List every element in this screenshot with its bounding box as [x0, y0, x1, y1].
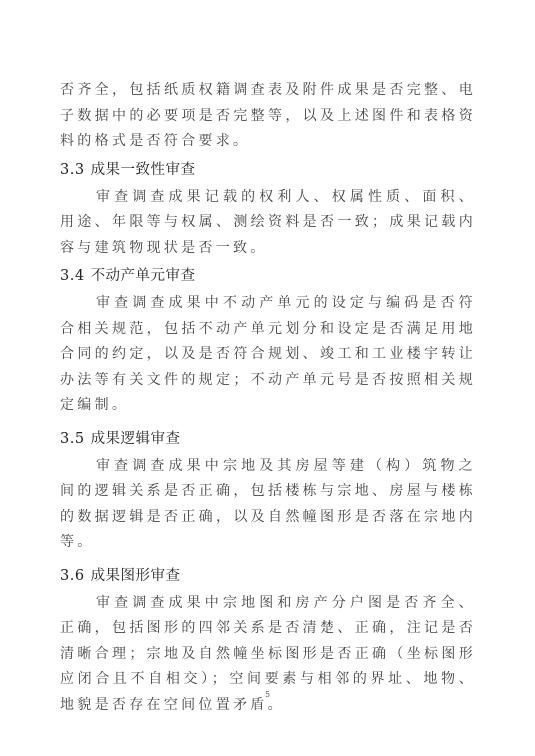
intro-paragraph: 否齐全，包括纸质权籍调查表及附件成果是否完整、电子数据中的必要项是否完整等，以及…: [60, 78, 476, 155]
document-page: 否齐全，包括纸质权籍调查表及附件成果是否完整、电子数据中的必要项是否完整等，以及…: [0, 0, 535, 756]
section-body-3-5: 审查调查成果中宗地及其房屋等建（构）筑物之间的逻辑关系是否正确，包括楼栋与宗地、…: [60, 454, 476, 556]
section-title: 不动产单元审查: [91, 268, 196, 284]
section-title: 成果一致性审查: [91, 162, 196, 178]
section-title: 成果图形审查: [91, 568, 181, 584]
section-heading-3-3: 3.3成果一致性审查: [60, 158, 476, 183]
page-content: 否齐全，包括纸质权籍调查表及附件成果是否完整、电子数据中的必要项是否完整等，以及…: [60, 78, 476, 718]
section-body-3-4: 审查调查成果中不动产单元的设定与编码是否符合相关规范，包括不动产单元划分和设定是…: [60, 291, 476, 419]
section-number: 3.3: [60, 162, 85, 178]
section-title: 成果逻辑审查: [91, 431, 181, 447]
page-number: 5: [0, 690, 535, 699]
section-body-3-3: 审查调查成果记载的权利人、权属性质、面积、用途、年限等与权属、测绘资料是否一致；…: [60, 185, 476, 262]
section-number: 3.4: [60, 268, 85, 284]
section-number: 3.5: [60, 431, 85, 447]
section-heading-3-4: 3.4不动产单元审查: [60, 264, 476, 289]
section-heading-3-5: 3.5成果逻辑审查: [60, 427, 476, 452]
section-heading-3-6: 3.6成果图形审查: [60, 564, 476, 589]
section-number: 3.6: [60, 568, 85, 584]
